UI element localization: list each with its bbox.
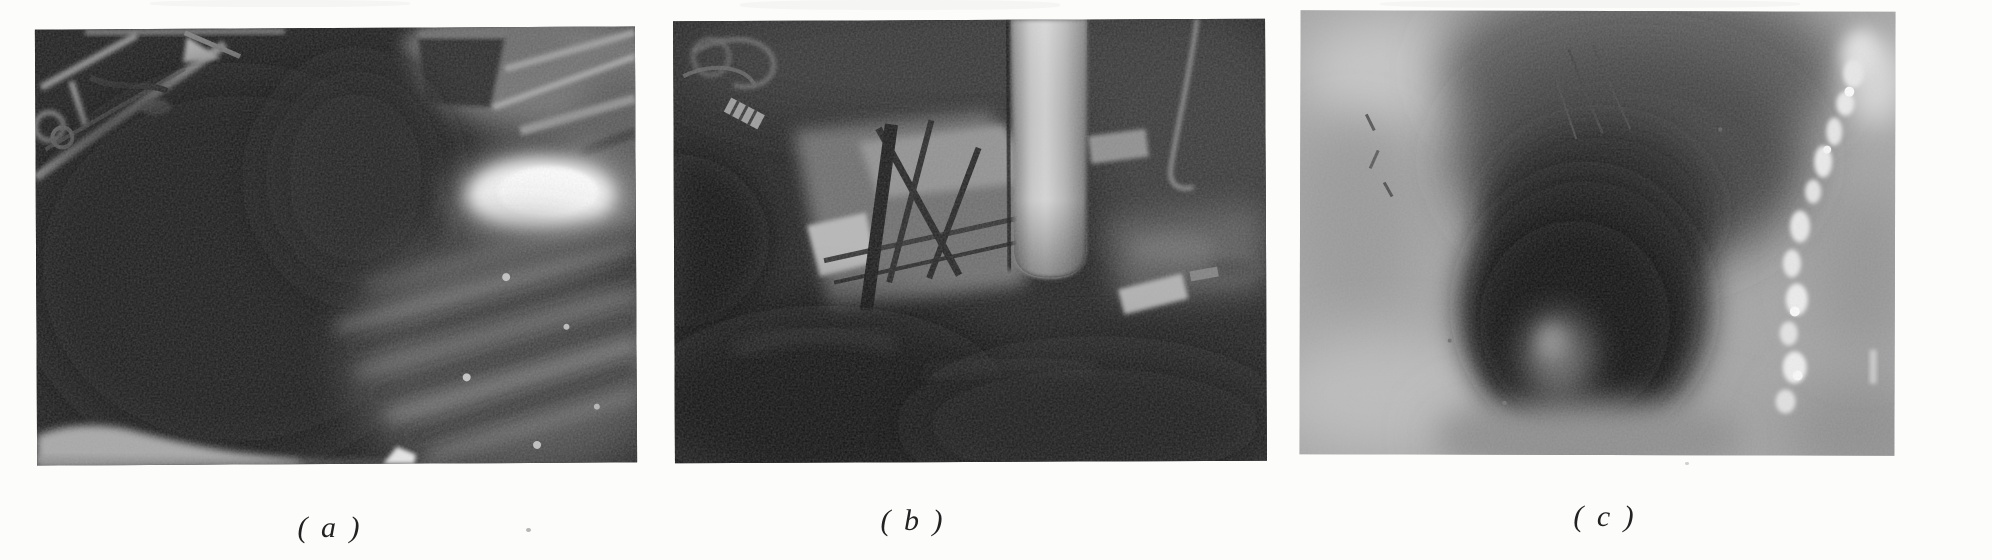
dark-mound-left: [674, 151, 770, 331]
scan-speck: [526, 528, 531, 532]
figure-page: ( a ): [0, 0, 1992, 560]
photo-b: [673, 19, 1267, 464]
subfigure-c: ( c ): [0, 0, 1992, 560]
subfigure-b: ( b ): [0, 0, 1992, 560]
hose-coils: [683, 39, 774, 130]
gravel-ledge-right: [1104, 204, 1266, 300]
scan-speck: [1685, 462, 1689, 465]
background-shadows: [673, 19, 1267, 262]
scan-smudge: [1380, 0, 1800, 8]
subfigure-a-label: ( a ): [260, 513, 400, 543]
subfigure-b-label: ( b ): [843, 506, 983, 536]
borehole: [1439, 10, 1840, 456]
water-pool-highlight: [448, 143, 633, 254]
inner-light-patch: [1522, 313, 1594, 397]
subfigure-c-label: ( c ): [1535, 502, 1675, 532]
surface-scratches: [1366, 44, 1723, 405]
plank-fragment: [1189, 267, 1218, 282]
cross-plank: [1088, 129, 1149, 164]
subfigure-a: ( a ): [0, 0, 1992, 560]
white-notch: [383, 447, 416, 464]
scan-smudge: [150, 0, 410, 7]
photo-a-art: [35, 26, 637, 465]
striped-tag: [724, 98, 765, 130]
photo-b-art: [673, 19, 1267, 464]
photo-a: [35, 26, 637, 465]
scan-smudge: [740, 0, 1060, 10]
dark-mud-mass: [35, 67, 447, 459]
mud-bank-bottom-left: [37, 423, 467, 465]
rubble-tracks: [336, 226, 637, 465]
film-grain: [35, 26, 637, 465]
film-grain: [1299, 10, 1895, 456]
rim-highlights: [1776, 29, 1896, 413]
foreground-mounds: [673, 304, 1267, 464]
timber-platform: [793, 112, 1049, 311]
photo-c: [1299, 10, 1895, 456]
pile-casing: [1007, 19, 1088, 277]
light-plank: [1118, 273, 1188, 314]
guide-rod: [1170, 19, 1198, 188]
photo-c-art: [1299, 10, 1895, 456]
machinery-top-left: [35, 28, 286, 177]
edge-mark: [1870, 350, 1877, 384]
film-grain: [673, 19, 1267, 464]
soil-surface: [1299, 15, 1895, 456]
rubble-top-right: [402, 26, 637, 237]
